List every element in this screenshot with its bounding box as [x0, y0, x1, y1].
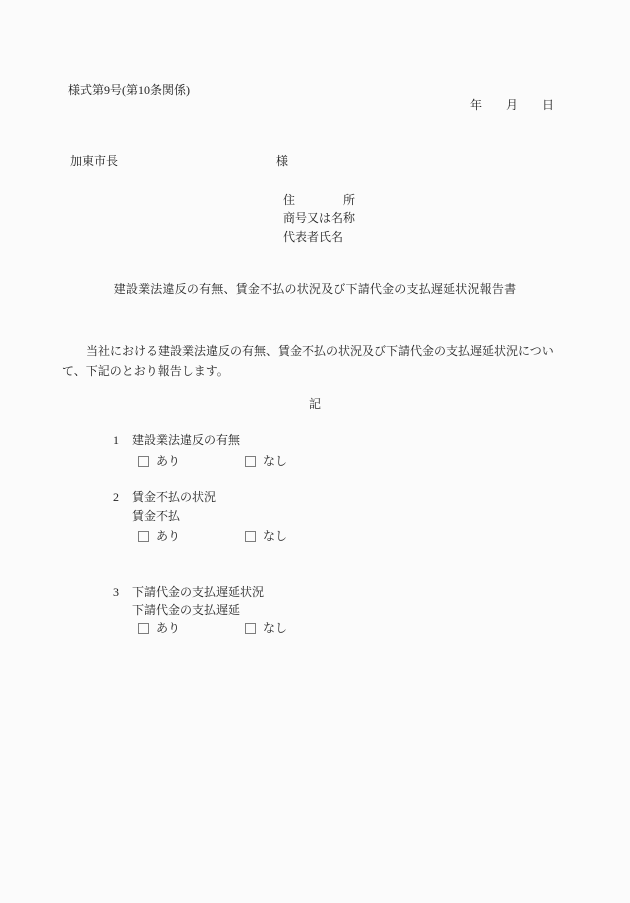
date-month-label: 月 — [506, 98, 518, 112]
item-1-title: 建設業法違反の有無 — [132, 433, 240, 447]
item-2-option-nashi: なし — [245, 528, 287, 543]
item-1-nashi-checkbox[interactable] — [245, 456, 256, 467]
document-page: 様式第9号(第10条関係) 年 月 日 加東市長 様 住 所 商号又は名称 代表… — [0, 0, 630, 903]
item-1-ari-label: あり — [156, 454, 180, 468]
item-3-ari-label: あり — [156, 621, 180, 635]
item-3-nashi-label: なし — [263, 621, 287, 635]
ki-heading: 記 — [0, 397, 630, 411]
item-2-nashi-checkbox[interactable] — [245, 531, 256, 542]
item-2-title: 賃金不払の状況 — [132, 490, 216, 504]
item-1-nashi-label: なし — [263, 454, 287, 468]
item-2-option-ari: あり — [138, 528, 180, 543]
date-line: 年 月 日 — [470, 98, 554, 112]
item-3-ari-checkbox[interactable] — [138, 623, 149, 634]
document-title: 建設業法違反の有無、賃金不払の状況及び下請代金の支払遅延状況報告書 — [0, 282, 630, 296]
addressee-mayor: 加東市長 — [70, 154, 118, 168]
item-1-number: 1 — [113, 433, 119, 447]
item-1-option-ari: あり — [138, 453, 180, 468]
sender-address-label: 住 所 — [283, 193, 355, 207]
item-1-ari-checkbox[interactable] — [138, 456, 149, 467]
item-3-number: 3 — [113, 585, 119, 599]
report-statement: 当社における建設業法違反の有無、賃金不払の状況及び下請代金の支払遅延状況につい … — [62, 341, 567, 381]
form-number: 様式第9号(第10条関係) — [68, 83, 190, 97]
sender-company-label: 商号又は名称 — [283, 211, 355, 225]
report-statement-line2: て、下記のとおり報告します。 — [62, 361, 567, 381]
item-3-sub-label: 下請代金の支払遅延 — [132, 603, 240, 617]
sender-representative-label: 代表者氏名 — [283, 230, 343, 244]
item-3-nashi-checkbox[interactable] — [245, 623, 256, 634]
item-3-option-nashi: なし — [245, 620, 287, 635]
addressee-honorific: 様 — [276, 154, 288, 168]
item-2-number: 2 — [113, 490, 119, 504]
item-2-ari-checkbox[interactable] — [138, 531, 149, 542]
item-2-nashi-label: なし — [263, 529, 287, 543]
item-1-option-nashi: なし — [245, 453, 287, 468]
report-statement-line1: 当社における建設業法違反の有無、賃金不払の状況及び下請代金の支払遅延状況につい — [62, 341, 567, 361]
item-2-ari-label: あり — [156, 529, 180, 543]
date-year-label: 年 — [470, 98, 482, 112]
item-3-option-ari: あり — [138, 620, 180, 635]
item-2-sub-label: 賃金不払 — [132, 509, 180, 523]
item-3-title: 下請代金の支払遅延状況 — [132, 585, 264, 599]
date-day-label: 日 — [542, 98, 554, 112]
